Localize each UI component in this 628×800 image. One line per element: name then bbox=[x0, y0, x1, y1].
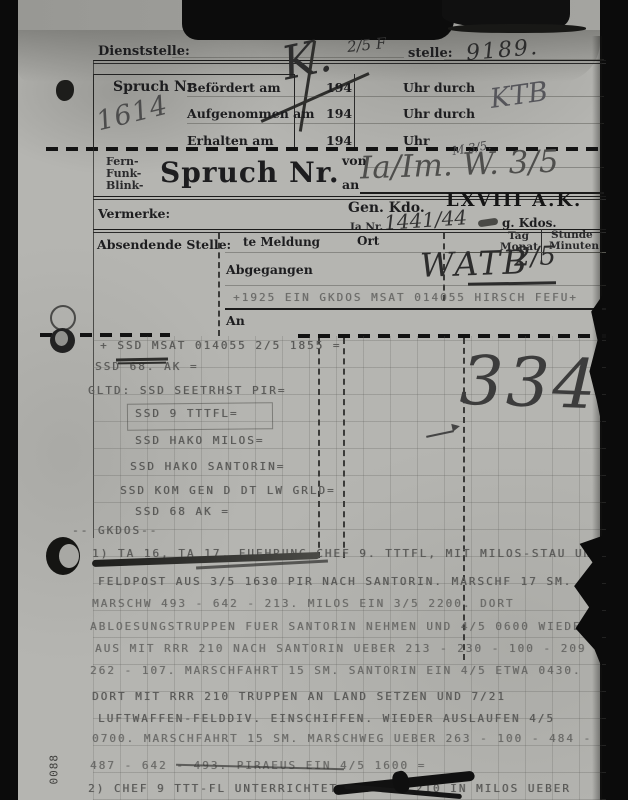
te-meldung-label: te Meldung bbox=[243, 235, 320, 249]
handwritten-page-number: 334 bbox=[459, 342, 600, 426]
teleprint-line: 0700. MARSCHFAHRT 15 SM. MARSCHWEG UEBER… bbox=[92, 732, 592, 745]
arrow-head-icon bbox=[451, 422, 460, 431]
teleprint-line: LUFTWAFFEN-FELDDIV. EINSCHIFFEN. WIEDER … bbox=[98, 712, 555, 725]
grid-dashed-rule bbox=[343, 338, 345, 558]
pencil-box bbox=[127, 402, 273, 431]
scanned-message-form: Dienststelle: stelle: K. 2/5 F 9189. Spr… bbox=[0, 0, 628, 800]
year-194: 194 bbox=[326, 133, 352, 148]
row-line bbox=[225, 285, 606, 286]
corps-stamp: LXVIII A.K. bbox=[446, 190, 582, 211]
clip-shadow-line bbox=[448, 24, 586, 33]
teleprint-line: 2) CHEF 9 TTT-FL UNTERRICHTET KDT RRR 21… bbox=[88, 782, 571, 795]
teleprint-line: + SSD MSAT 014055 2/5 1855 = bbox=[100, 339, 341, 352]
an-label: an bbox=[342, 177, 359, 192]
hole-punch-center bbox=[55, 331, 68, 346]
teleprint-line: SSD KOM GEN D DT LW GRLD= bbox=[120, 484, 336, 497]
grid-dashed-rule bbox=[318, 338, 320, 558]
box-divider bbox=[354, 74, 355, 150]
year-194: 194 bbox=[326, 80, 352, 95]
befoerdert-label: Befördert am bbox=[187, 80, 281, 95]
column-divider-dashed bbox=[218, 233, 220, 336]
handwritten-tag-monat: 2/5 bbox=[513, 241, 556, 272]
teleprint-line: SSD HAKO MILOS= bbox=[135, 434, 264, 447]
teleprint-line: 262 - 107. MARSCHFAHRT 15 SM. SANTORIN E… bbox=[90, 664, 582, 677]
erhalten-label: Erhalten am bbox=[187, 133, 274, 148]
ort-label: Ort bbox=[357, 234, 379, 248]
uhr-durch-label: Uhr durch bbox=[403, 106, 475, 121]
vermerke-label: Vermerke: bbox=[98, 206, 170, 221]
teleprint-line: -- GKDOS-- bbox=[72, 524, 158, 537]
teleprint-line: MARSCHW 493 - 642 - 213. MILOS EIN 3/5 2… bbox=[92, 597, 515, 610]
hole-punch-center bbox=[59, 544, 79, 568]
hole-punch-mark bbox=[46, 537, 80, 575]
blink-label: Blink- bbox=[106, 179, 143, 192]
teleprint-line: SSD HAKO SANTORIN= bbox=[130, 460, 285, 473]
abgegangen-label: Abgegangen bbox=[226, 262, 313, 277]
uhr-label: Uhr bbox=[403, 133, 430, 148]
teleprint-line: SSD 68 AK = bbox=[135, 505, 230, 518]
year-194: 194 bbox=[326, 106, 352, 121]
absendende-stelle-label: Absendende Stelle: bbox=[97, 237, 231, 252]
teleprint-receipt-line: +1925 EIN GKDOS MSAT 014055 HIRSCH FEFU+ bbox=[233, 291, 578, 304]
margin-scan-number: 0088 bbox=[48, 733, 61, 785]
an-row-label: An bbox=[226, 313, 245, 328]
uhr-durch-label: Uhr durch bbox=[403, 80, 475, 95]
header-underline-faint bbox=[225, 252, 445, 253]
double-rule bbox=[93, 229, 606, 233]
teleprint-line: AUS MIT RRR 210 NACH SANTORIN UEBER 213 … bbox=[95, 642, 604, 655]
teleprint-line: GLTD: SSD SEETRHST PIR= bbox=[88, 384, 286, 397]
strong-rule bbox=[225, 308, 606, 310]
teleprint-line: ABLOESUNGSTRUPPEN FUER SANTORIN NEHMEN U… bbox=[90, 620, 590, 633]
g-kdos-label: g. Kdos. bbox=[502, 216, 557, 230]
aufgenommen-label: Aufgenommen am bbox=[187, 106, 314, 121]
hole-punch-mark bbox=[50, 328, 75, 353]
teleprint-line: DORT MIT RRR 210 TRUPPEN AN LAND SETZEN … bbox=[92, 690, 506, 703]
row-line bbox=[187, 123, 604, 124]
teleprint-line: FELDPOST AUS 3/5 1630 PIR NACH SANTORIN.… bbox=[98, 575, 572, 588]
spruch-nr-title: Spruch Nr. bbox=[160, 156, 340, 189]
